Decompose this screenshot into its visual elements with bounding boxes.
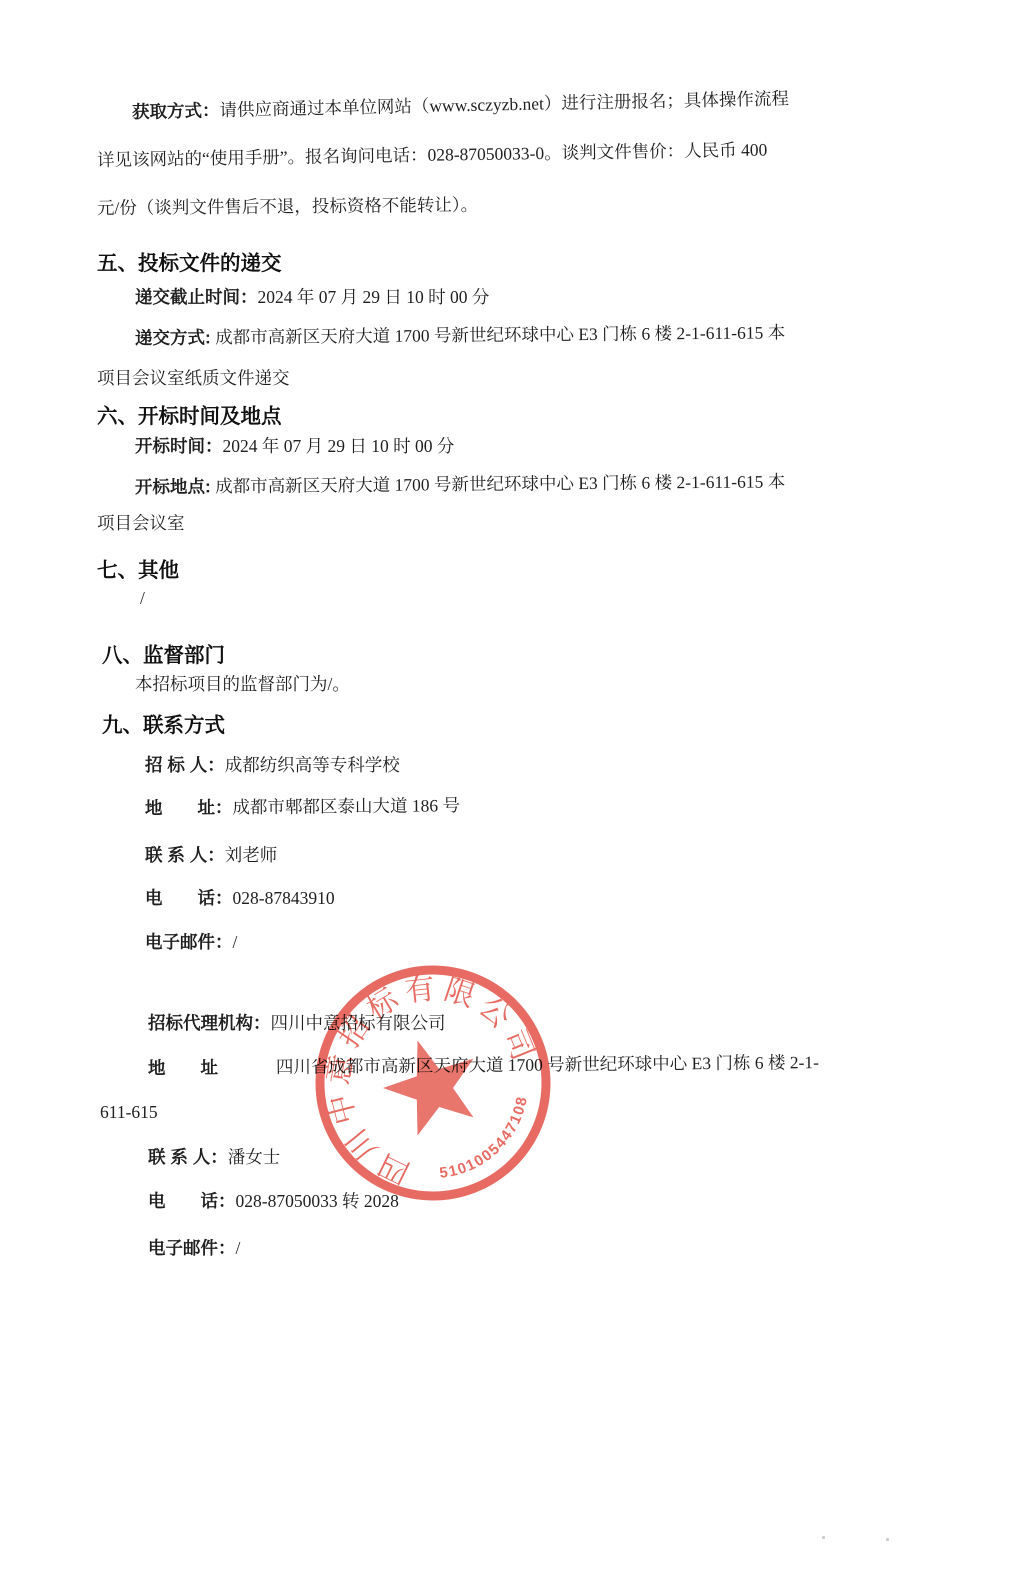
section5-method-cont: 项目会议室纸质文件递交 — [97, 370, 290, 388]
agency-name-label: 招标代理机构： — [148, 1013, 271, 1033]
open-time-label: 开标时间： — [135, 436, 223, 456]
intro-line-3: 元/份（谈判文件售后不退，投标资格不能转让）。 — [97, 197, 478, 218]
tenderer-contact-row: 联 系 人：刘老师 — [145, 847, 277, 865]
tenderer-name: 成都纺织高等专科学校 — [225, 755, 400, 775]
seal-star-icon — [372, 1026, 490, 1141]
intro-label: 获取方式： — [132, 100, 220, 122]
method-label: 递交方式: — [135, 327, 211, 348]
intro-line-1-text: 请供应商通过本单位网站（www.sczyzb.net）进行注册报名；具体操作流程 — [219, 88, 789, 120]
document-page: 获取方式：请供应商通过本单位网站（www.sczyzb.net）进行注册报名；具… — [0, 0, 1018, 1575]
tenderer-phone-row: 电 话：028-87843910 — [145, 890, 335, 908]
tenderer-email-row: 电子邮件：/ — [145, 934, 237, 952]
tenderer-addr-row: 地 址：成都市郫都区泰山大道 186 号 — [145, 797, 460, 817]
company-seal-stamp: 四川中意招标有限公司 5101005447108 — [298, 948, 568, 1218]
agency-email-label: 电子邮件： — [148, 1238, 236, 1258]
section9-title: 九、联系方式 — [102, 708, 225, 738]
seal-svg: 四川中意招标有限公司 5101005447108 — [298, 948, 568, 1218]
tenderer-contact-label: 联 系 人： — [145, 845, 225, 865]
agency-email-row: 电子邮件：/ — [148, 1240, 240, 1258]
tenderer-phone: 028-87843910 — [233, 888, 335, 908]
section7-content: / — [140, 590, 145, 608]
method-value: 成都市高新区天府大道 1700 号新世纪环球中心 E3 门栋 6 楼 2-1-6… — [215, 322, 785, 347]
section6-place: 开标地点: 成都市高新区天府大道 1700 号新世纪环球中心 E3 门栋 6 楼… — [135, 473, 785, 496]
section5-deadline: 递交截止时间：2024 年 07 月 29 日 10 时 00 分 — [135, 289, 489, 307]
section6-time: 开标时间：2024 年 07 月 29 日 10 时 00 分 — [135, 438, 454, 456]
open-time-value: 2024 年 07 月 29 日 10 时 00 分 — [223, 436, 455, 456]
open-place-label: 开标地点: — [135, 476, 211, 497]
section8-content: 本招标项目的监督部门为/。 — [135, 676, 350, 694]
intro-line-2: 详见该网站的“使用手册”。报名询问电话：028-87050033-0。谈判文件售… — [97, 141, 768, 169]
section6-title: 六、开标时间及地点 — [97, 399, 282, 429]
tenderer-name-label: 招 标 人： — [145, 755, 225, 775]
intro-line-1: 获取方式：请供应商通过本单位网站（www.sczyzb.net）进行注册报名；具… — [132, 90, 789, 121]
agency-phone-label: 电 话： — [148, 1191, 236, 1211]
tenderer-addr: 成都市郫都区泰山大道 186 号 — [232, 795, 460, 817]
tenderer-contact: 刘老师 — [225, 845, 278, 865]
scan-speck — [886, 1538, 889, 1541]
section6-place-cont: 项目会议室 — [97, 515, 185, 533]
tenderer-addr-label: 地 址： — [145, 797, 233, 818]
tenderer-email: / — [233, 932, 238, 952]
deadline-label: 递交截止时间： — [135, 287, 258, 307]
tenderer-phone-label: 电 话： — [145, 888, 233, 908]
section8-title: 八、监督部门 — [102, 638, 225, 668]
agency-contact-label: 联 系 人： — [148, 1147, 228, 1167]
agency-addr-gap — [218, 1073, 276, 1074]
section7-title: 七、其他 — [97, 553, 179, 583]
agency-contact: 潘女士 — [228, 1147, 281, 1167]
agency-contact-row: 联 系 人：潘女士 — [148, 1149, 280, 1167]
agency-addr-cont-row: 611-615 — [100, 1104, 158, 1122]
section5-method: 递交方式: 成都市高新区天府大道 1700 号新世纪环球中心 E3 门栋 6 楼… — [135, 324, 785, 347]
open-place-value: 成都市高新区天府大道 1700 号新世纪环球中心 E3 门栋 6 楼 2-1-6… — [215, 471, 785, 496]
deadline-value: 2024 年 07 月 29 日 10 时 00 分 — [258, 287, 490, 307]
tenderer-name-row: 招 标 人：成都纺织高等专科学校 — [145, 757, 400, 775]
agency-email: / — [236, 1238, 241, 1258]
section5-title: 五、投标文件的递交 — [97, 246, 282, 276]
scan-speck — [822, 1536, 825, 1539]
tenderer-email-label: 电子邮件： — [145, 932, 233, 952]
agency-addr-label: 地 址 — [148, 1057, 218, 1078]
